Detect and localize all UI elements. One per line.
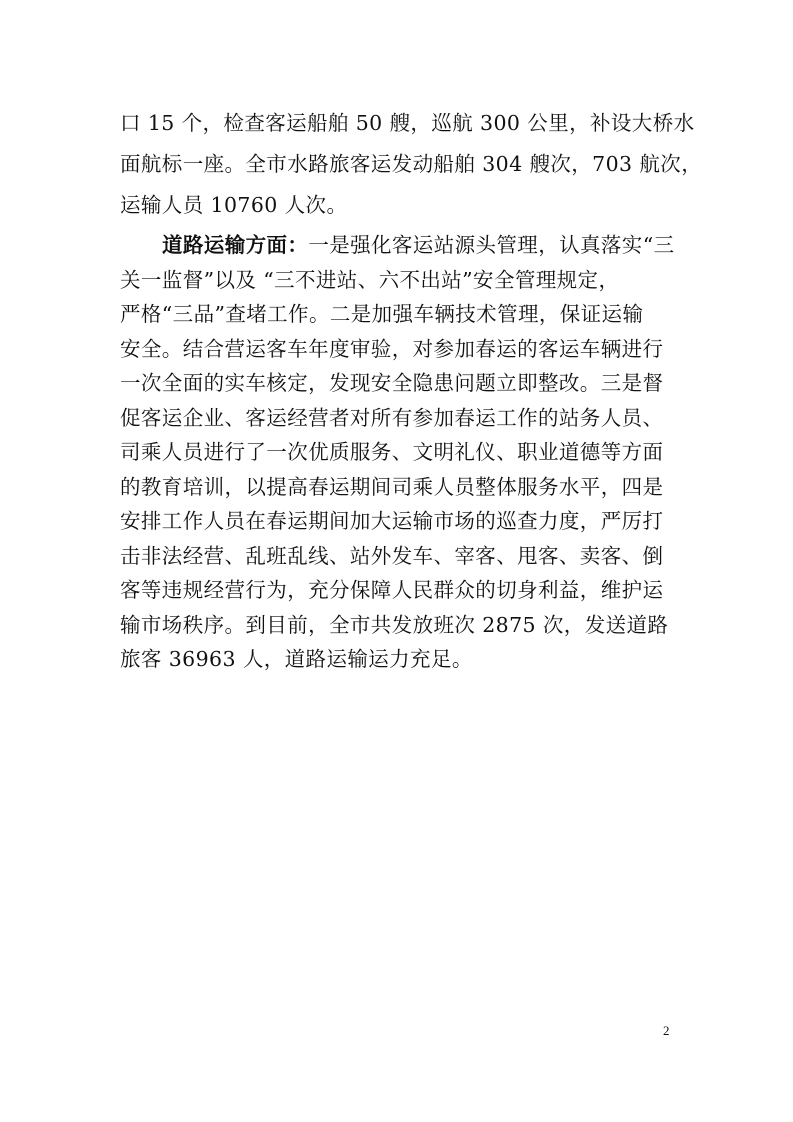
paragraph-2-line-13: 旅客 36963 人，道路运输运力充足。	[120, 646, 680, 672]
paragraph-2-line-1: 道路运输方面：一是强化客运站源头管理，认真落实“三	[162, 232, 682, 258]
paragraph-1-line-1: 口 15 个，检查客运船舶 50 艘，巡航 300 公里，补设大桥水	[120, 110, 680, 136]
paragraph-2-line-9: 安排工作人员在春运期间加大运输市场的巡查力度，严厉打	[120, 508, 680, 534]
paragraph-2-line-3: 严格“三品”查堵工作。二是加强车辆技术管理，保证运输	[120, 301, 680, 327]
paragraph-2-line-11: 客等违规经营行为，充分保障人民群众的切身利益，维护运	[120, 577, 680, 603]
paragraph-1-line-3: 运输人员 10760 人次。	[120, 192, 680, 218]
page-number: 2	[663, 1023, 670, 1039]
paragraph-2-line-10: 击非法经营、乱班乱线、站外发车、宰客、甩客、卖客、倒	[120, 543, 680, 569]
paragraph-2-line-5: 一次全面的实车核定，发现安全隐患问题立即整改。三是督	[120, 370, 680, 396]
paragraph-2-line-4: 安全。结合营运客车年度审验，对参加春运的客运车辆进行	[120, 336, 680, 362]
paragraph-1-line-2: 面航标一座。全市水路旅客运发动船舶 304 艘次，703 航次，	[120, 151, 680, 177]
document-page: 口 15 个，检查客运船舶 50 艘，巡航 300 公里，补设大桥水 面航标一座…	[0, 0, 793, 1122]
paragraph-2-line-12: 输市场秩序。到目前，全市共发放班次 2875 次，发送道路	[120, 612, 680, 638]
paragraph-2-line-7: 司乘人员进行了一次优质服务、文明礼仪、职业道德等方面	[120, 439, 680, 465]
paragraph-2-line-6: 促客运企业、客运经营者对所有参加春运工作的站务人员、	[120, 405, 680, 431]
paragraph-2-line-2: 关一监督”以及 “三不进站、六不出站”安全管理规定，	[120, 267, 680, 293]
section-heading-road-transport: 道路运输方面：	[162, 233, 308, 257]
paragraph-2-first-line-text: 一是强化客运站源头管理，认真落实“三	[308, 233, 674, 257]
paragraph-2-line-8: 的教育培训，以提高春运期间司乘人员整体服务水平，四是	[120, 474, 680, 500]
